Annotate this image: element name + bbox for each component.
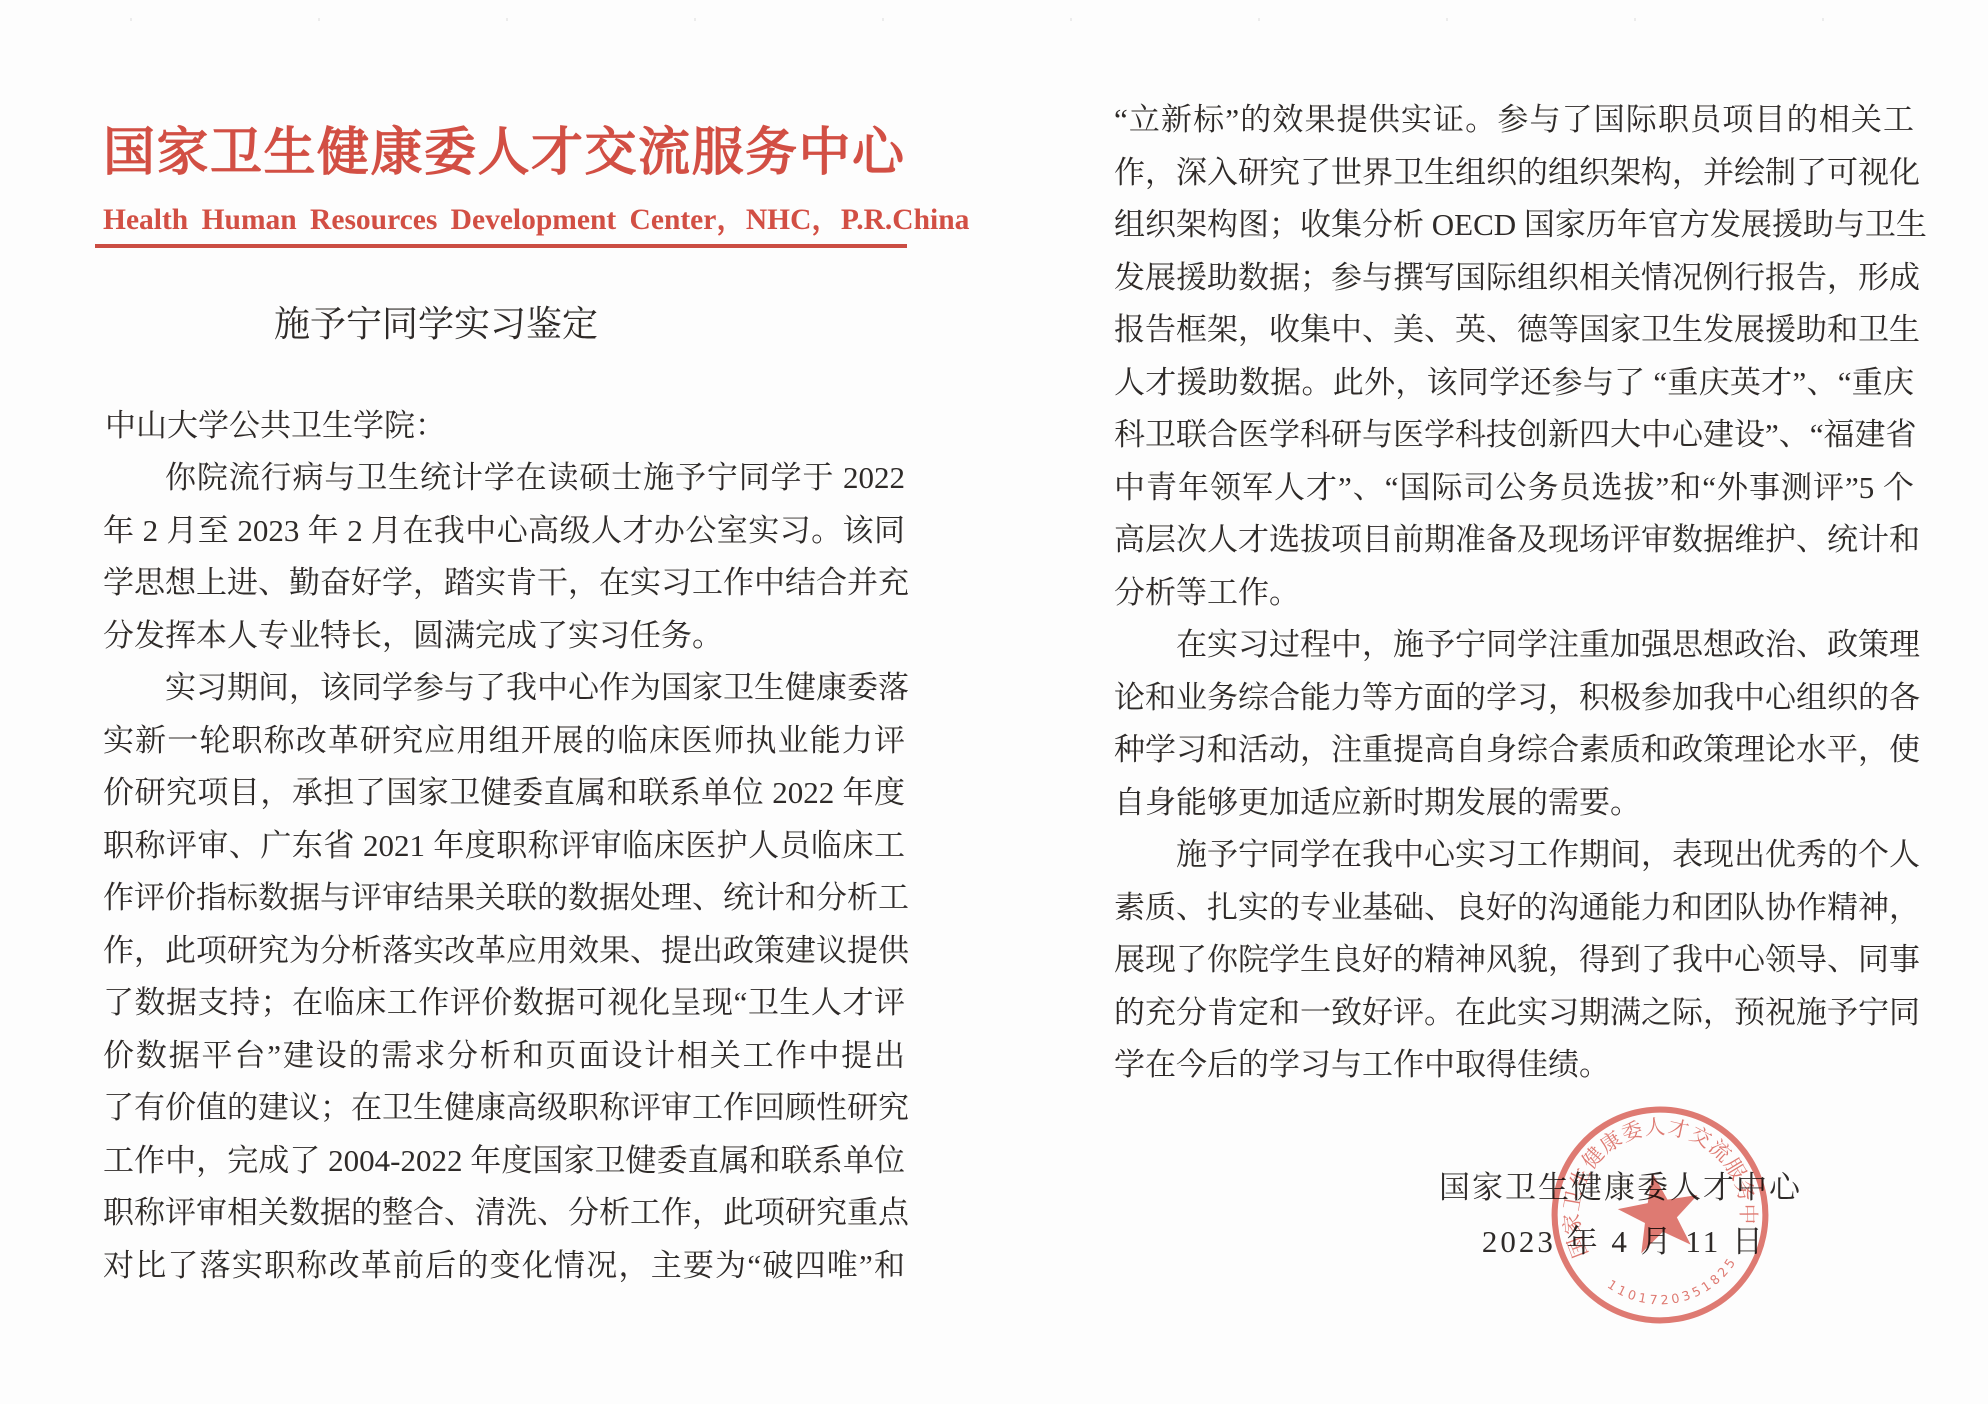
text-line: 工作中，完成了 2004-2022 年度国家卫健委直属和联系单位: [103, 1135, 905, 1188]
text-line: 你院流行病与卫生统计学在读硕士施予宁同学于 2022: [103, 452, 905, 505]
text-line: 年 2 月至 2023 年 2 月在我中心高级人才办公室实习。该同: [103, 505, 905, 558]
text-line: 了数据支持；在临床工作评价数据可视化呈现“卫生人才评: [103, 977, 905, 1030]
text-line: 职称评审相关数据的整合、清洗、分析工作，此项研究重点: [103, 1187, 905, 1240]
text-line: 自身能够更加适应新时期发展的需要。: [1114, 777, 1914, 830]
text-line: 价研究项目，承担了国家卫健委直属和联系单位 2022 年度: [103, 767, 905, 820]
text-line: 作，深入研究了世界卫生组织的组织架构，并绘制了可视化: [1114, 147, 1914, 200]
text-line: 组织架构图；收集分析 OECD 国家历年官方发展援助与卫生: [1114, 199, 1914, 252]
text-line: 展现了你院学生良好的精神风貌，得到了我中心领导、同事: [1114, 934, 1914, 987]
text-line: 了有价值的建议；在卫生健康高级职称评审工作回顾性研究: [103, 1082, 905, 1135]
left-column-text: 你院流行病与卫生统计学在读硕士施予宁同学于 2022年 2 月至 2023 年 …: [103, 452, 905, 1292]
text-line: 发展援助数据；参与撰写国际组织相关情况例行报告，形成: [1114, 252, 1914, 305]
seal-serial-number: 1101720351825: [1602, 1251, 1746, 1318]
text-line: 学思想上进、勤奋好学，踏实肯干，在实习工作中结合并充: [103, 557, 905, 610]
text-line: 职称评审、广东省 2021 年度职称评审临床医护人员临床工: [103, 820, 905, 873]
text-line: 分发挥本人专业特长，圆满完成了实习任务。: [103, 610, 905, 663]
text-line: 作，此项研究为分析落实改革应用效果、提出政策建议提供: [103, 925, 905, 978]
text-line: 论和业务综合能力等方面的学习，积极参加我中心组织的各: [1114, 672, 1914, 725]
text-line: 人才援助数据。此外，该同学还参与了 “重庆英才”、“重庆: [1114, 357, 1914, 410]
text-line: 高层次人才选拔项目前期准备及现场评审数据维护、统计和: [1114, 514, 1914, 567]
text-line: 种学习和活动，注重提高自身综合素质和政策理论水平，使: [1114, 724, 1914, 777]
text-line: 科卫联合医学科研与医学科技创新四大中心建设”、“福建省: [1114, 409, 1914, 462]
text-line: 的充分肯定和一致好评。在此实习期满之际，预祝施予宁同: [1114, 987, 1914, 1040]
text-line: “立新标”的效果提供实证。参与了国际职员项目的相关工: [1114, 94, 1914, 147]
salutation: 中山大学公共卫生学院：: [105, 400, 446, 452]
scanned-letter-page: 国家卫生健康委人才交流服务中心 Health Human Resources D…: [0, 0, 1988, 1404]
text-line: 实习期间，该同学参与了我中心作为国家卫生健康委落: [103, 662, 905, 715]
official-seal-stamp: 国家卫生健康委人才交流服务中心 1101720351825: [1484, 1039, 1836, 1391]
text-line: 学在今后的学习与工作中取得佳绩。: [1114, 1039, 1914, 1092]
document-title: 施予宁同学实习鉴定: [35, 296, 837, 347]
text-line: 施予宁同学在我中心实习工作期间，表现出优秀的个人: [1114, 829, 1914, 882]
right-column-text: “立新标”的效果提供实证。参与了国际职员项目的相关工作，深入研究了世界卫生组织的…: [1114, 94, 1914, 1092]
text-line: 分析等工作。: [1114, 567, 1914, 620]
text-line: 在实习过程中，施予宁同学注重加强思想政治、政策理: [1114, 619, 1914, 672]
text-line: 报告框架，收集中、美、英、德等国家卫生发展援助和卫生: [1114, 304, 1914, 357]
text-line: 作评价指标数据与评审结果关联的数据处理、统计和分析工: [103, 872, 905, 925]
letterhead-rule: [95, 244, 907, 248]
text-line: 价数据平台”建设的需求分析和页面设计相关工作中提出: [103, 1030, 905, 1083]
letterhead-org-cn: 国家卫生健康委人才交流服务中心: [103, 110, 905, 185]
text-line: 素质、扎实的专业基础、良好的沟通能力和团队协作精神，: [1114, 882, 1914, 935]
scan-artifacts: [130, 18, 1918, 21]
seal-star-icon: [1613, 1166, 1706, 1256]
text-line: 实新一轮职称改革研究应用组开展的临床医师执业能力评: [103, 715, 905, 768]
text-line: 中青年领军人才”、“国际司公务员选拔”和“外事测评”5 个: [1114, 462, 1914, 515]
letterhead-org-en: Health Human Resources Development Cente…: [103, 196, 905, 238]
text-line: 对比了落实职称改革前后的变化情况，主要为“破四唯”和: [103, 1240, 905, 1293]
